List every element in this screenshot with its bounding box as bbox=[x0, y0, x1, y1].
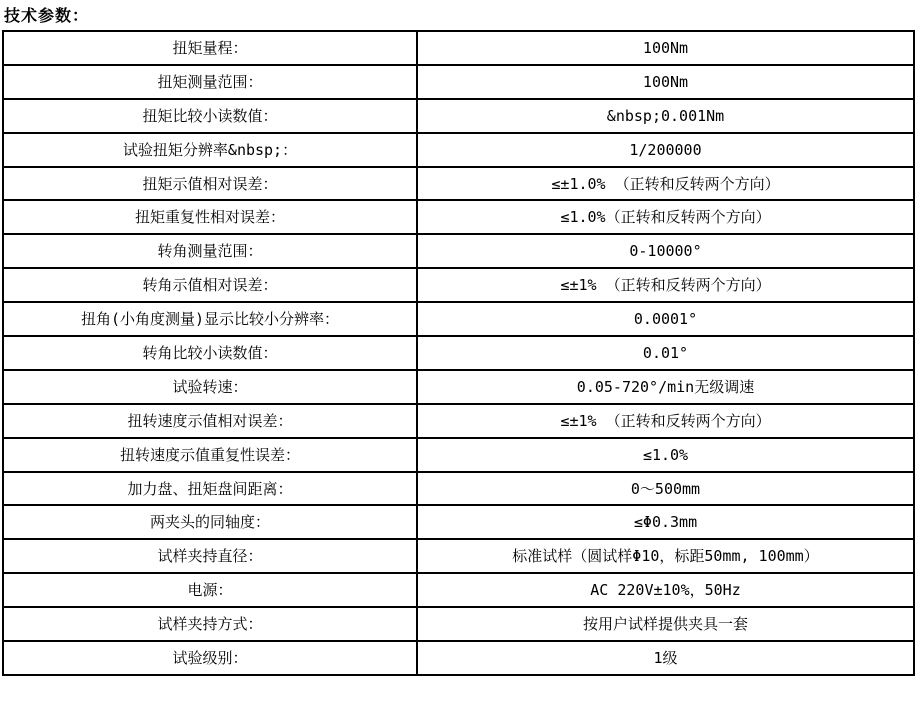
table-row: 扭矩比较小读数值： &nbsp;0.001Nm bbox=[3, 99, 914, 133]
param-label-cell: 转角比较小读数值： bbox=[3, 336, 417, 370]
param-label-cell: 加力盘、扭矩盘间距离： bbox=[3, 472, 417, 506]
table-row: 试验扭矩分辨率&nbsp;： 1/200000 bbox=[3, 133, 914, 167]
param-value-cell: 100Nm bbox=[417, 31, 914, 65]
table-row: 转角比较小读数值： 0.01° bbox=[3, 336, 914, 370]
param-label-cell: 电源： bbox=[3, 573, 417, 607]
page: 技术参数： 扭矩量程： 100Nm 扭矩测量范围： 100Nm 扭矩比较小读数值… bbox=[0, 0, 921, 715]
param-label-cell: 扭矩测量范围： bbox=[3, 65, 417, 99]
table-row: 扭矩重复性相对误差： ≤1.0%（正转和反转两个方向） bbox=[3, 200, 914, 234]
param-value-cell: ≤1.0% bbox=[417, 438, 914, 472]
table-row: 扭转速度示值相对误差： ≤±1% （正转和反转两个方向） bbox=[3, 404, 914, 438]
param-label-cell: 转角测量范围： bbox=[3, 234, 417, 268]
param-value-cell: ≤±1% （正转和反转两个方向） bbox=[417, 404, 914, 438]
param-value-cell: 0.05-720°/min无级调速 bbox=[417, 370, 914, 404]
param-value-cell: ≤±1% （正转和反转两个方向） bbox=[417, 268, 914, 302]
param-label-cell: 扭矩重复性相对误差： bbox=[3, 200, 417, 234]
param-label-cell: 扭矩比较小读数值： bbox=[3, 99, 417, 133]
param-label-cell: 扭角(小角度测量)显示比较小分辨率： bbox=[3, 302, 417, 336]
table-row: 两夹头的同轴度： ≤Φ0.3mm bbox=[3, 505, 914, 539]
page-title: 技术参数： bbox=[0, 0, 921, 30]
param-label-cell: 扭转速度示值相对误差： bbox=[3, 404, 417, 438]
param-value-cell: 按用户试样提供夹具一套 bbox=[417, 607, 914, 641]
table-row: 加力盘、扭矩盘间距离： 0～500mm bbox=[3, 472, 914, 506]
param-value-cell: AC 220V±10%，50Hz bbox=[417, 573, 914, 607]
param-value-cell: 100Nm bbox=[417, 65, 914, 99]
param-label-cell: 扭转速度示值重复性误差： bbox=[3, 438, 417, 472]
param-value-cell: 1/200000 bbox=[417, 133, 914, 167]
param-label-cell: 转角示值相对误差： bbox=[3, 268, 417, 302]
table-row: 扭角(小角度测量)显示比较小分辨率： 0.0001° bbox=[3, 302, 914, 336]
param-value-cell: 0-10000° bbox=[417, 234, 914, 268]
table-row: 试验级别： 1级 bbox=[3, 641, 914, 675]
param-value-cell: &nbsp;0.001Nm bbox=[417, 99, 914, 133]
param-label-cell: 两夹头的同轴度： bbox=[3, 505, 417, 539]
param-value-cell: 1级 bbox=[417, 641, 914, 675]
param-label-cell: 试验级别： bbox=[3, 641, 417, 675]
param-label-cell: 试验转速： bbox=[3, 370, 417, 404]
table-row: 扭矩量程： 100Nm bbox=[3, 31, 914, 65]
table-row: 扭矩示值相对误差： ≤±1.0% （正转和反转两个方向） bbox=[3, 167, 914, 201]
param-label-cell: 扭矩示值相对误差： bbox=[3, 167, 417, 201]
specs-table: 扭矩量程： 100Nm 扭矩测量范围： 100Nm 扭矩比较小读数值： &nbs… bbox=[2, 30, 915, 676]
param-value-cell: ≤1.0%（正转和反转两个方向） bbox=[417, 200, 914, 234]
param-label-cell: 试样夹持直径： bbox=[3, 539, 417, 573]
table-row: 试验转速： 0.05-720°/min无级调速 bbox=[3, 370, 914, 404]
param-label-cell: 扭矩量程： bbox=[3, 31, 417, 65]
param-value-cell: ≤±1.0% （正转和反转两个方向） bbox=[417, 167, 914, 201]
table-row: 转角测量范围： 0-10000° bbox=[3, 234, 914, 268]
table-row: 试样夹持方式： 按用户试样提供夹具一套 bbox=[3, 607, 914, 641]
table-row: 转角示值相对误差： ≤±1% （正转和反转两个方向） bbox=[3, 268, 914, 302]
param-label-cell: 试样夹持方式： bbox=[3, 607, 417, 641]
param-value-cell: 0～500mm bbox=[417, 472, 914, 506]
table-row: 试样夹持直径： 标准试样（圆试样Φ10，标距50mm, 100mm） bbox=[3, 539, 914, 573]
table-row: 扭矩测量范围： 100Nm bbox=[3, 65, 914, 99]
param-value-cell: 0.01° bbox=[417, 336, 914, 370]
param-value-cell: 标准试样（圆试样Φ10，标距50mm, 100mm） bbox=[417, 539, 914, 573]
param-label-cell: 试验扭矩分辨率&nbsp;： bbox=[3, 133, 417, 167]
table-row: 扭转速度示值重复性误差： ≤1.0% bbox=[3, 438, 914, 472]
param-value-cell: 0.0001° bbox=[417, 302, 914, 336]
table-row: 电源： AC 220V±10%，50Hz bbox=[3, 573, 914, 607]
param-value-cell: ≤Φ0.3mm bbox=[417, 505, 914, 539]
